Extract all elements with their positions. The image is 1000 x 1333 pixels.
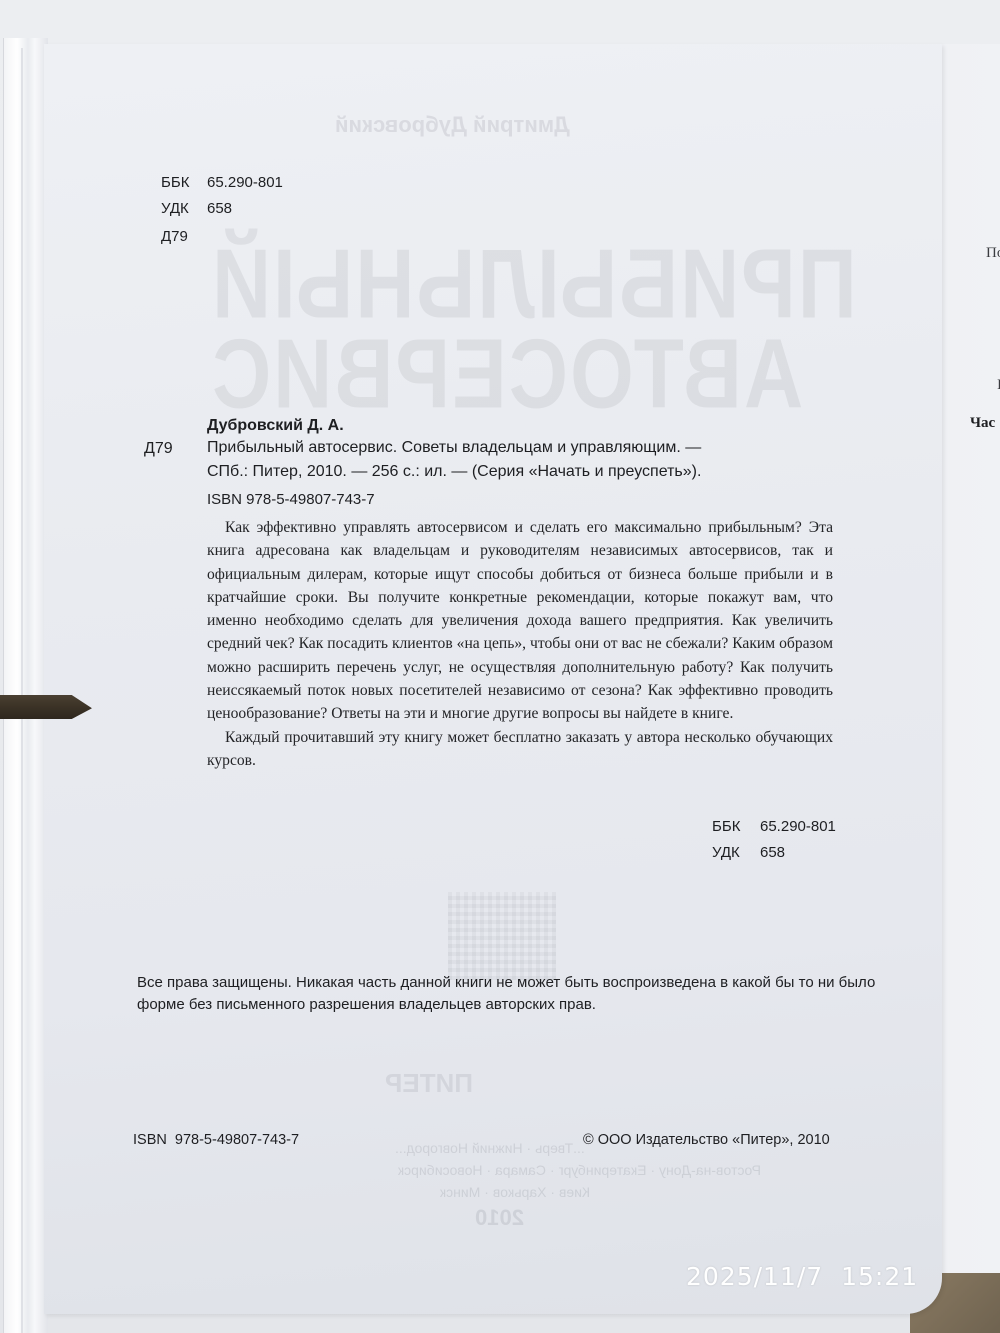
facing-page-text-fragment: Час [970,415,995,432]
footer-isbn: ISBN 978-5-49807-743-7 [133,1128,299,1153]
record-author-mark: Д79 [144,436,173,461]
udk-value: 658 [207,196,232,222]
bbk-label: ББК [712,814,748,840]
record-description: Прибыльный автосервис. Советы владельцам… [207,436,867,484]
facing-page-text-fragment: По [986,245,1000,262]
annotation: Как эффективно управлять автосервисом и … [207,516,833,772]
udk-value: 658 [760,840,785,866]
udk-row: УДК 658 [712,840,836,866]
rights-notice: Все права защищены. Никакая часть данной… [137,972,877,1016]
bbk-value: 65.290-801 [207,170,283,196]
timestamp-date: 2025/11/7 [686,1262,823,1291]
annotation-paragraph: Каждый прочитавший эту книгу может беспл… [207,726,833,773]
catalog-codes-top: ББК 65.290-801 УДК 658 Д79 [161,170,283,250]
bbk-row: ББК 65.290-801 [161,170,283,196]
record-title-line: Прибыльный автосервис. Советы владельцам… [207,436,867,460]
record-isbn: ISBN 978-5-49807-743-7 [207,487,375,512]
timestamp-time: 15:21 [841,1262,918,1291]
photo-timestamp: 2025/11/7 15:21 [686,1262,918,1291]
book-cover-edge [3,38,48,1333]
footer-copyright: © ООО Издательство «Питер», 2010 [583,1128,830,1153]
show-through-qr-code [448,892,556,980]
annotation-paragraph: Как эффективно управлять автосервисом и … [207,516,833,726]
record-author: Дубровский Д. А. [207,413,344,438]
udk-row: УДК 658 [161,196,283,222]
bbk-row: ББК 65.290-801 [712,814,836,840]
author-mark-row: Д79 [161,224,283,250]
catalog-codes-bottom: ББК 65.290-801 УДК 658 [712,814,836,866]
record-imprint-line: СПб.: Питер, 2010. — 256 с.: ил. — (Сери… [207,460,867,484]
udk-label: УДК [712,840,748,866]
udk-label: УДК [161,196,197,222]
bbk-value: 65.290-801 [760,814,836,840]
author-mark: Д79 [161,224,188,250]
bbk-label: ББК [161,170,197,196]
